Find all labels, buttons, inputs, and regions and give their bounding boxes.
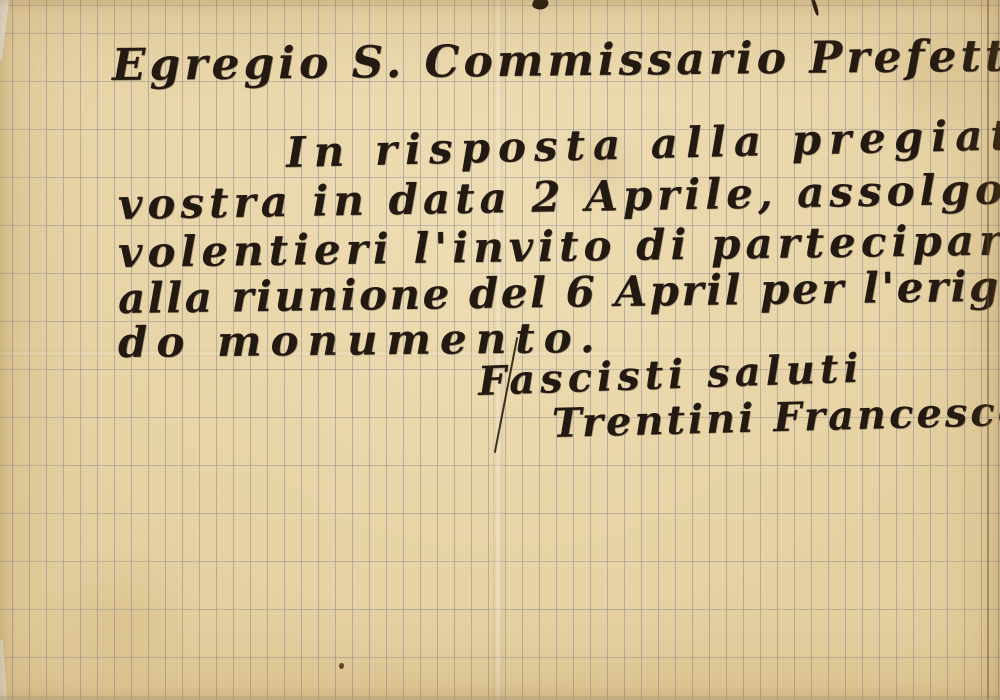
scanned-letter-page: Egregio S. Commissario Prefettizio In ri… (0, 0, 1000, 700)
paper-right-edge (987, 0, 989, 700)
paper-bottom-edge (0, 696, 1000, 700)
salutation-line: Egregio S. Commissario Prefettizio (112, 30, 1000, 91)
